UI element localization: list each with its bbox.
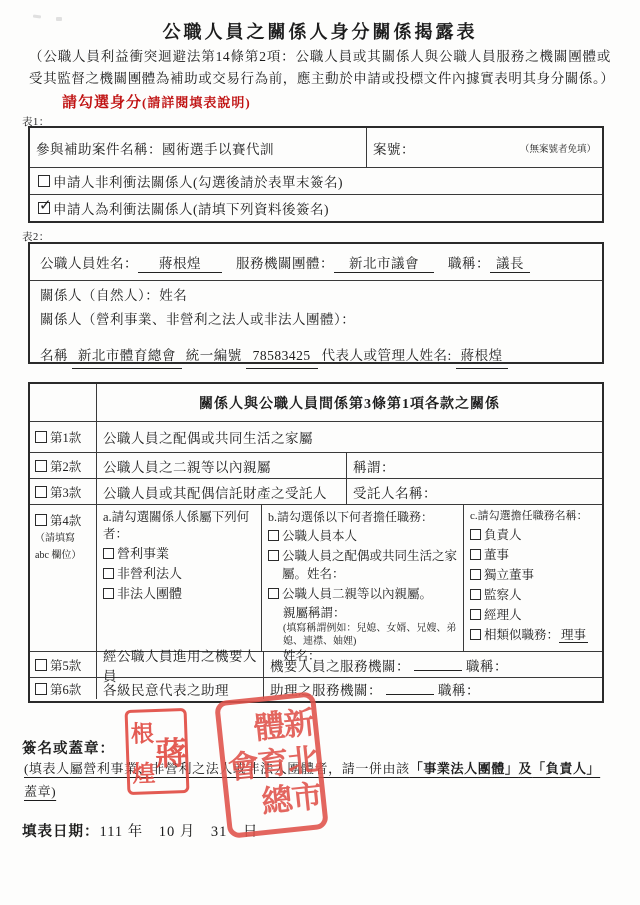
clause3-checkbox-cell: 第3款 bbox=[30, 479, 97, 504]
col-b-option-relative[interactable]: 公職人員二親等以內親屬。 bbox=[268, 585, 457, 603]
checkbox-nonprofit[interactable] bbox=[103, 568, 114, 579]
official-row: 公職人員姓名： 蔣根煌 服務機關團體： 新北市議會 職稱： 議長 bbox=[30, 244, 602, 281]
clause3-extra[interactable]: 受託人名稱： bbox=[347, 479, 602, 504]
related-person-row: 關係人（自然人）：姓名 關係人（營利事業、非營利之法人或非法人團體）： 名稱 新… bbox=[30, 281, 602, 362]
col-a-option-nonprofit-label: 非營利法人 bbox=[117, 565, 182, 583]
option-row-is-related: ✓ 申請人為利衝法關係人(請填下列資料後簽名) bbox=[30, 195, 602, 221]
case-name-value[interactable]: 國術選手以賽代訓 bbox=[162, 138, 274, 158]
case-name-cell: 參與補助案件名稱：國術選手以賽代訓 bbox=[30, 128, 367, 167]
clause-row-6: 第6款 各級民意代表之助理 助理之服務機關：職稱： bbox=[30, 678, 602, 699]
clause5-agency-blank[interactable] bbox=[414, 658, 462, 671]
official-name-label: 公職人員姓名： bbox=[40, 252, 138, 272]
checkbox-manager[interactable] bbox=[470, 609, 481, 620]
case-row: 參與補助案件名稱：國術選手以賽代訓 案號： （無案號者免填） bbox=[30, 128, 602, 168]
clause6-no: 第6款 bbox=[50, 680, 81, 698]
clause5-no: 第5款 bbox=[50, 656, 81, 674]
related-entity-detail-line: 名稱 新北市體育總會 統一編號 78583425 代表人或管理人姓名: 蔣根煌 bbox=[40, 344, 592, 369]
checkbox-is-related-checked[interactable]: ✓ bbox=[38, 202, 50, 214]
col-c-option-supervisor[interactable]: 監察人 bbox=[470, 586, 596, 604]
seal-char-surname: 蔣 bbox=[156, 711, 187, 791]
clause-table: 關係人與公職人員間係第3條第1項各款之關係 第1款 公職人員之配偶或共同生活之家… bbox=[28, 382, 604, 703]
official-title-value[interactable]: 議長 bbox=[490, 252, 530, 273]
rep-value[interactable]: 蔣根煌 bbox=[456, 344, 508, 369]
personal-name-seal: 蔣 根 煌 bbox=[125, 708, 190, 795]
col-a-option-nonprofit[interactable]: 非營利法人 bbox=[103, 565, 255, 583]
clause2-desc: 公職人員之二親等以內親屬 bbox=[97, 453, 347, 478]
col-c-similar-value[interactable]: 理事 bbox=[559, 628, 588, 643]
option-not-related[interactable]: 申請人非利衝法關係人(勾選後請於表單末簽名) bbox=[30, 168, 602, 194]
seal-char-given2: 煌 bbox=[132, 755, 156, 789]
clause2-checkbox-cell: 第2款 bbox=[30, 453, 97, 478]
checkbox-unincorporated[interactable] bbox=[103, 588, 114, 599]
checkbox-spouse-family[interactable] bbox=[268, 550, 279, 561]
clause3-desc: 公職人員或其配偶信託財產之受託人 bbox=[97, 479, 347, 504]
clause4-column-c: c.請勾選擔任職務名稱： 負責人 董事 獨立董事 監察人 經理人 相類似職務：理… bbox=[464, 505, 602, 651]
related-entity-line: 關係人（營利事業、非營利之法人或非法人團體）： bbox=[40, 308, 592, 332]
col-c-option-director-label: 董事 bbox=[484, 546, 509, 564]
clause5-extra: 機要人員之服務機關：職稱： bbox=[264, 652, 602, 677]
clause-row-5: 第5款 經公職人員進用之機要人員 機要人員之服務機關：職稱： bbox=[30, 652, 602, 678]
col-c-option-manager[interactable]: 經理人 bbox=[470, 606, 596, 624]
clause5-agency-label: 機要人員之服務機關： bbox=[270, 655, 410, 675]
table2: 公職人員姓名： 蔣根煌 服務機關團體： 新北市議會 職稱： 議長 關係人（自然人… bbox=[28, 242, 604, 364]
clause4-column-b: b.請勾選係以下何者擔任職務： 公職人員本人 公職人員之配偶或共同生活之家屬。姓… bbox=[262, 505, 464, 651]
clause2-extra-label: 稱謂： bbox=[353, 456, 395, 476]
col-a-option-business[interactable]: 營利事業 bbox=[103, 545, 255, 563]
case-name-label: 參與補助案件名稱： bbox=[36, 138, 162, 158]
col-b-option-relative-label: 公職人員二親等以內親屬。 bbox=[282, 585, 432, 603]
option-row-not-related: 申請人非利衝法關係人(勾選後請於表單末簽名) bbox=[30, 168, 602, 195]
clause4-checkbox-cell: 第4款 （請填寫 abc 欄位） bbox=[30, 505, 97, 651]
clause1-desc: 公職人員之配偶或共同生活之家屬 bbox=[97, 422, 602, 452]
clause-row-2: 第2款 公職人員之二親等以內親屬 稱謂： bbox=[30, 453, 602, 479]
checkbox-clause1[interactable] bbox=[35, 431, 47, 443]
select-identity-note-main: 請勾選身分 bbox=[62, 95, 142, 111]
col-c-title: c.請勾選擔任職務名稱： bbox=[470, 509, 596, 524]
official-title-label: 職稱： bbox=[448, 252, 490, 272]
select-identity-note: 請勾選身分(請詳閱填表說明) bbox=[62, 91, 251, 112]
case-number-cell[interactable]: 案號： （無案號者免填） bbox=[367, 128, 602, 167]
select-identity-note-paren: (請詳閱填表說明) bbox=[142, 95, 251, 110]
signature-note-entity: 「事業法人團體」 bbox=[410, 761, 519, 776]
table1: 參與補助案件名稱：國術選手以賽代訓 案號： （無案號者免填） 申請人非利衝法關係… bbox=[28, 126, 604, 223]
option-is-related[interactable]: ✓ 申請人為利衝法關係人(請填下列資料後簽名) bbox=[30, 195, 602, 221]
clause5-title-label: 職稱： bbox=[466, 655, 508, 675]
col-b-option-self[interactable]: 公職人員本人 bbox=[268, 527, 457, 545]
col-b-option-spouse[interactable]: 公職人員之配偶或共同生活之家屬。姓名： bbox=[268, 547, 457, 583]
clause5-checkbox-cell: 第5款 bbox=[30, 652, 97, 677]
clause2-no: 第2款 bbox=[50, 457, 81, 475]
option-not-related-label: 申請人非利衝法關係人(勾選後請於表單末簽名) bbox=[53, 171, 343, 191]
col-a-title: a.請勾選關係人係屬下列何者： bbox=[103, 509, 255, 543]
checkbox-supervisor[interactable] bbox=[470, 589, 481, 600]
checkbox-clause6[interactable] bbox=[35, 683, 47, 695]
col-c-option-principal-label: 負責人 bbox=[484, 526, 522, 544]
entity-name-label: 名稱 bbox=[40, 348, 68, 363]
official-agency-label: 服務機關團體： bbox=[236, 252, 334, 272]
uid-value[interactable]: 78583425 bbox=[246, 344, 318, 369]
official-agency-value[interactable]: 新北市議會 bbox=[334, 252, 434, 273]
col-c-similar-label: 相類似職務： bbox=[484, 628, 559, 642]
entity-name-value[interactable]: 新北市體育總會 bbox=[72, 344, 182, 369]
signature-note-principal: 「負責人」 bbox=[532, 761, 600, 776]
clause4-note-line1: （請填寫 bbox=[35, 532, 75, 546]
checkbox-independent-director[interactable] bbox=[470, 569, 481, 580]
col-b-option-spouse-label: 公職人員之配偶或共同生活之家屬。姓名： bbox=[282, 547, 457, 583]
case-number-hint: （無案號者免填） bbox=[520, 141, 596, 155]
clause4-no: 第4款 bbox=[50, 511, 81, 529]
checkbox-relative[interactable] bbox=[268, 588, 279, 599]
clause3-extra-label: 受託人名稱： bbox=[353, 482, 437, 502]
clause4-column-a: a.請勾選關係人係屬下列何者： 營利事業 非營利法人 非法人團體 bbox=[97, 505, 262, 651]
clause6-title-label: 職稱： bbox=[438, 679, 480, 699]
checkbox-principal[interactable] bbox=[470, 529, 481, 540]
form-date-line: 填表日期：111 年 10 月 31 日 bbox=[22, 820, 258, 841]
checkmark: ✓ bbox=[39, 196, 52, 214]
checkbox-clause2[interactable] bbox=[35, 460, 47, 472]
seal-char-given1: 根 bbox=[130, 715, 154, 749]
col-b-option-self-label: 公職人員本人 bbox=[282, 527, 357, 545]
rep-label: 代表人或管理人姓名: bbox=[322, 348, 452, 363]
checkbox-clause5[interactable] bbox=[35, 659, 47, 671]
clause2-extra[interactable]: 稱謂： bbox=[347, 453, 602, 478]
disclosure-form-page: 公職人員之關係人身分關係揭露表 （公職人員利益衝突迴避法第14條第2項：公職人員… bbox=[0, 0, 640, 905]
col-c-option-independent-director-label: 獨立董事 bbox=[484, 566, 534, 584]
kin-title-hint: (填寫稱謂例如：兒媳、女婿、兄嫂、弟媳、連襟、妯娌) bbox=[268, 622, 457, 648]
col-c-option-supervisor-label: 監察人 bbox=[484, 586, 522, 604]
col-c-option-similar[interactable]: 相類似職務：理事 bbox=[470, 626, 596, 644]
clause-row-4: 第4款 （請填寫 abc 欄位） a.請勾選關係人係屬下列何者： 營利事業 非營… bbox=[30, 505, 602, 652]
col-c-option-manager-label: 經理人 bbox=[484, 606, 522, 624]
checkbox-not-related[interactable] bbox=[38, 175, 50, 187]
clause1-checkbox-cell: 第1款 bbox=[30, 422, 97, 452]
organization-seal: 新北市體育總會 bbox=[214, 691, 329, 839]
official-name-value[interactable]: 蔣根煌 bbox=[138, 252, 222, 273]
clause6-desc: 各級民意代表之助理 bbox=[97, 678, 264, 699]
checkbox-similar-role[interactable] bbox=[470, 629, 481, 640]
clause-row-3: 第3款 公職人員或其配偶信託財產之受託人 受託人名稱： bbox=[30, 479, 602, 505]
checkbox-official-self[interactable] bbox=[268, 530, 279, 541]
col-b-title: b.請勾選係以下何者擔任職務： bbox=[268, 509, 457, 525]
col-a-option-unincorporated[interactable]: 非法人團體 bbox=[103, 585, 255, 603]
related-natural-person-line: 關係人（自然人）：姓名 bbox=[40, 284, 592, 308]
checkbox-clause3[interactable] bbox=[35, 486, 47, 498]
clause1-no: 第1款 bbox=[50, 428, 81, 446]
signature-note-normal: (填表人屬營利事業、非營利之法人或非法人團體者，請一併由該 bbox=[24, 761, 410, 776]
col-c-option-director[interactable]: 董事 bbox=[470, 546, 596, 564]
col-c-option-independent-director[interactable]: 獨立董事 bbox=[470, 566, 596, 584]
uid-label: 統一編號 bbox=[186, 348, 242, 363]
checkbox-director[interactable] bbox=[470, 549, 481, 560]
checkbox-clause4[interactable] bbox=[35, 514, 47, 526]
clause5-desc: 經公職人員進用之機要人員 bbox=[97, 652, 264, 677]
signature-label: 簽名或蓋章： bbox=[22, 737, 115, 758]
clause-header-empty-cell bbox=[30, 384, 97, 421]
signature-note-end: 蓋章) bbox=[24, 784, 56, 799]
col-c-option-principal[interactable]: 負責人 bbox=[470, 526, 596, 544]
signature-note-and: 及 bbox=[519, 761, 533, 776]
col-a-option-unincorporated-label: 非法人團體 bbox=[117, 585, 182, 603]
case-number-label: 案號： bbox=[373, 138, 415, 158]
legal-intro-paragraph: （公職人員利益衝突迴避法第14條第2項：公職人員或其關係人與公職人員服務之機關團… bbox=[29, 46, 611, 89]
clause6-agency-blank[interactable] bbox=[386, 682, 434, 695]
clause-header-title: 關係人與公職人員間係第3條第1項各款之關係 bbox=[97, 384, 602, 421]
form-title: 公職人員之關係人身分關係揭露表 bbox=[0, 18, 640, 44]
clause3-no: 第3款 bbox=[50, 483, 81, 501]
kin-title-label[interactable]: 親屬稱謂： bbox=[268, 605, 457, 622]
option-is-related-label: 申請人為利衝法關係人(請填下列資料後簽名) bbox=[53, 198, 329, 218]
clause6-extra: 助理之服務機關：職稱： bbox=[264, 678, 602, 699]
clause-header-row: 關係人與公職人員間係第3條第1項各款之關係 bbox=[30, 384, 602, 422]
form-date-label: 填表日期： bbox=[22, 824, 100, 840]
clause-row-1: 第1款 公職人員之配偶或共同生活之家屬 bbox=[30, 422, 602, 453]
clause6-checkbox-cell: 第6款 bbox=[30, 678, 97, 699]
col-a-option-business-label: 營利事業 bbox=[117, 545, 169, 563]
checkbox-business[interactable] bbox=[103, 548, 114, 559]
clause4-note-line2: abc 欄位） bbox=[35, 549, 81, 563]
